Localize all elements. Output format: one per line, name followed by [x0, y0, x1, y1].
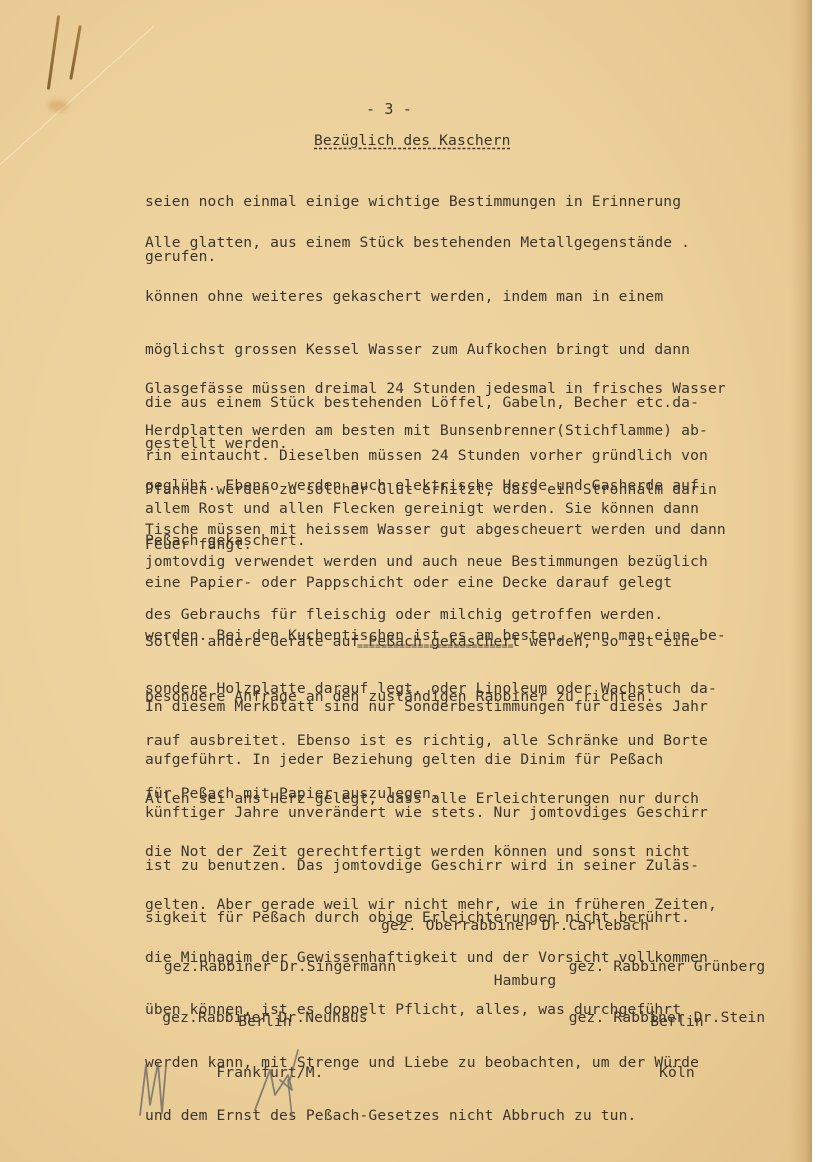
section-divider: ========================== [357, 638, 514, 656]
staple-mark-left [47, 15, 60, 90]
page-edge-shadow [790, 0, 812, 1162]
text-line: Alle glatten, aus einem Stück bestehende… [145, 234, 708, 252]
text-line: die Not der Zeit gerechtfertigt werden k… [145, 843, 717, 861]
text-line: können ohne weiteres gekaschert werden, … [145, 288, 708, 306]
text-line: Tische müssen mit heissem Wasser gut abg… [145, 521, 726, 539]
signature-name: gez. Rabbiner Dr.Stein [552, 1009, 782, 1027]
pencil-annotation [130, 1035, 330, 1125]
text-line: Herdplatten werden am besten mit Bunsenb… [145, 422, 708, 440]
page-number: - 3 - [366, 100, 412, 118]
text-line: In diesem Merkblatt sind nur Sonderbesti… [145, 698, 708, 716]
text-line: Allen sei ans Herz gelegt, dass alle Erl… [145, 790, 717, 808]
signature-name: gez.Rabbiner Dr.Neuhaus [145, 1009, 385, 1027]
text-line: eine Papier- oder Pappschicht oder eine … [145, 574, 726, 592]
staple-mark-right [69, 25, 82, 80]
rust-stain [48, 100, 68, 112]
signature-city: Köln [552, 1064, 782, 1082]
document-page: - 3 - Bezüglich des Kaschern seien noch … [0, 0, 812, 1162]
signature-right-2: gez. Rabbiner Dr.Stein Köln [552, 972, 782, 1119]
section-heading: Bezüglich des Kaschern [314, 132, 511, 150]
